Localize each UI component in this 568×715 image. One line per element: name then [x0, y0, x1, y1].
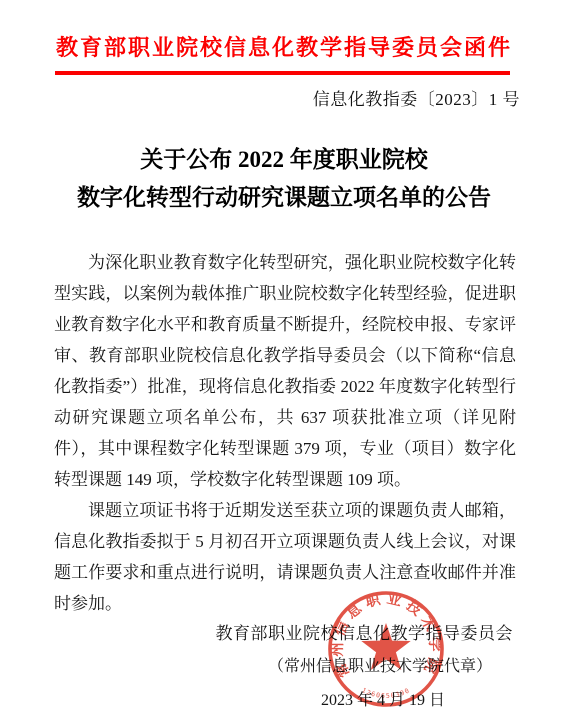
body-paragraph: 课题立项证书将于近期发送至获立项的课题负责人邮箱，信息化教指委拟于 5 月初召开… [54, 495, 516, 619]
letterhead-divider-line [55, 71, 510, 75]
body-paragraph: 为深化职业教育数字化转型研究，强化职业院校数字化转型实践，以案例为载体推广职业院… [54, 247, 516, 495]
signature-org-name: 教育部职业院校信息化教学指导委员会 [216, 619, 514, 644]
notice-title-line1: 关于公布 2022 年度职业院校 [0, 141, 568, 179]
letterhead-title: 教育部职业院校信息化教学指导委员会函件 [0, 31, 568, 62]
notice-title-line2: 数字化转型行动研究课题立项名单的公告 [0, 179, 568, 217]
notice-body: 为深化职业教育数字化转型研究，强化职业院校数字化转型实践，以案例为载体推广职业院… [54, 247, 516, 619]
document-page: 教育部职业院校信息化教学指导委员会函件 信息化教指委〔2023〕1 号 关于公布… [0, 0, 568, 715]
signature-date: 2023 年 4 月 19 日 [321, 687, 445, 710]
notice-title: 关于公布 2022 年度职业院校 数字化转型行动研究课题立项名单的公告 [0, 141, 568, 217]
document-number: 信息化教指委〔2023〕1 号 [313, 85, 520, 110]
signature-proxy-note: （常州信息职业技术学院代章） [268, 653, 492, 676]
